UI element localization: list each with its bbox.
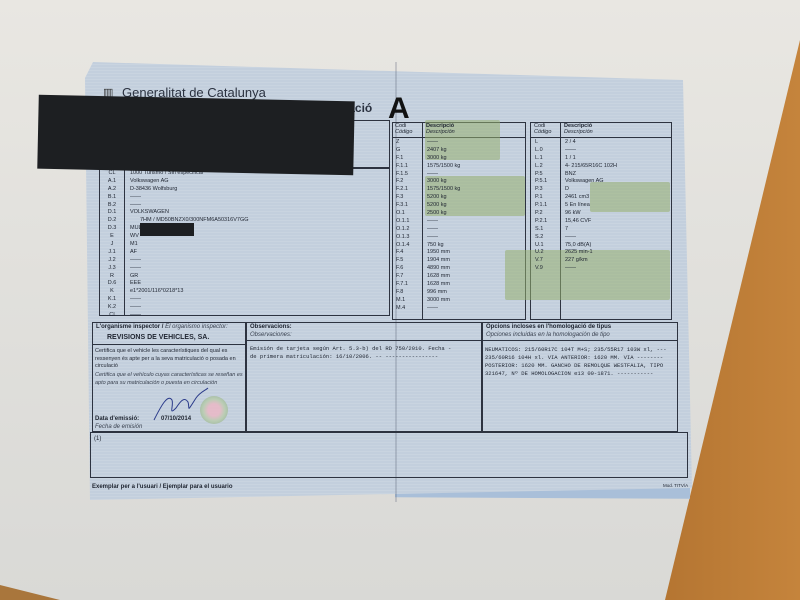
- value-cell: M1: [130, 241, 249, 249]
- code-cell: F.2: [396, 178, 409, 186]
- code-cell: O.1.2: [396, 226, 409, 234]
- value-cell: 3000 kg: [427, 155, 460, 163]
- left-codes: CL A.1 A.2 B.1 B.2 D.1 D.2 D.3 E J J.1 J…: [102, 170, 122, 320]
- inspector-name: REVISIONS DE VEHICLES, SA.: [107, 334, 209, 341]
- value-cell: ——: [427, 218, 460, 226]
- value-cell: 996 mm: [427, 289, 460, 297]
- code-cell: F.1.5: [396, 171, 409, 179]
- redaction-bar: [140, 223, 194, 236]
- value-cell: D-38436 Wolfsburg: [130, 186, 249, 194]
- value-cell: 227 g/km: [565, 257, 617, 265]
- value-cell: 3000 kg: [427, 178, 460, 186]
- value-cell: ——: [565, 234, 617, 242]
- value-cell: ——: [130, 194, 249, 202]
- value-cell: 1575/1500 kg: [427, 186, 460, 194]
- right-values: 2 / 4 —— 1 / 1 4- 215/65R16C 102H BNZ Vo…: [565, 139, 617, 273]
- code-cell: F.4: [396, 249, 409, 257]
- code-cell: F.1: [396, 155, 409, 163]
- value-cell: 5 En línea: [565, 202, 617, 210]
- code-cell: P.5.1: [535, 178, 547, 186]
- observations-label-es: Observaciones:: [250, 332, 292, 339]
- code-cell: F.3.1: [396, 202, 409, 210]
- code-cell: P.2: [535, 210, 547, 218]
- value-cell: ——: [130, 296, 249, 304]
- code-cell: P.1: [535, 194, 547, 202]
- value-cell: D: [565, 186, 617, 194]
- value-cell: ——: [427, 305, 460, 313]
- notes-box: [90, 432, 688, 478]
- desc-header-es: Descripción: [426, 129, 455, 135]
- observations-line: Emisión de tarjeta según Art. 5.3-b) del…: [250, 345, 451, 353]
- middle-values: —— 2407 kg 3000 kg 1575/1500 kg —— 3000 …: [427, 139, 460, 313]
- code-cell: L: [535, 139, 547, 147]
- value-cell: 1950 mm: [427, 249, 460, 257]
- value-cell: ——: [130, 257, 249, 265]
- code-cell: M.4: [396, 305, 409, 313]
- options-line: 235/60R16 104H xl. VIA ANTERIOR: 1620 MM…: [485, 354, 663, 362]
- value-cell: 2500 kg: [427, 210, 460, 218]
- value-cell: ——: [130, 312, 249, 320]
- value-cell: ——: [427, 226, 460, 234]
- code-cell: J.2: [102, 257, 122, 265]
- value-cell: Volkswagen AG: [565, 178, 617, 186]
- value-cell: 4890 mm: [427, 265, 460, 273]
- code-cell: K.1: [102, 296, 122, 304]
- code-cell: O.1.3: [396, 234, 409, 242]
- code-cell: D.3: [102, 225, 122, 233]
- value-cell: 2625 min-1: [565, 249, 617, 257]
- value-cell: 1904 mm: [427, 257, 460, 265]
- code-cell: F.5: [396, 257, 409, 265]
- options-label-es: Opciones incluidas en la homologación de…: [486, 332, 610, 339]
- code-header-es: Código: [395, 129, 412, 135]
- code-cell: P.5: [535, 171, 547, 179]
- code-cell: E: [102, 233, 122, 241]
- code-cell: J: [102, 241, 122, 249]
- observations-label: Observacions:: [250, 324, 292, 331]
- code-cell: G: [396, 147, 409, 155]
- code-cell: V.9: [535, 265, 547, 273]
- right-codes: L L.0 L.1 L.2 P.5 P.5.1 P.3 P.1 P.1.1 P.…: [535, 139, 547, 273]
- options-line: NEUMATICOS: 215/60R17C 104T M+S; 235/55R…: [485, 346, 667, 354]
- code-cell: B.1: [102, 194, 122, 202]
- value-cell: 15,46 CVF: [565, 218, 617, 226]
- value-cell: ——: [427, 171, 460, 179]
- issue-date-label-es: Fecha de emisión: [95, 424, 142, 431]
- code-cell: O.1: [396, 210, 409, 218]
- certification-ca: Certifica que el vehicle les característ…: [95, 348, 243, 371]
- code-cell: V.7: [535, 257, 547, 265]
- code-cell: A.2: [102, 186, 122, 194]
- value-cell: 96 kW: [565, 210, 617, 218]
- code-cell: R: [102, 273, 122, 281]
- value-cell: BNZ: [565, 171, 617, 179]
- value-cell: ——: [130, 304, 249, 312]
- options-line: POSTERIOR: 1620 MM. GANCHO DE REMOLQUE W…: [485, 362, 663, 370]
- value-cell: 75,0 dB(A): [565, 242, 617, 250]
- note-marker: (1): [94, 436, 101, 443]
- value-cell: 2 / 4: [565, 139, 617, 147]
- code-cell: A.1: [102, 178, 122, 186]
- code-cell: D.6: [102, 280, 122, 288]
- code-cell: M.1: [396, 297, 409, 305]
- left-values: 1000 Turismo / Sin especificar Volkswage…: [130, 170, 249, 320]
- issue-date-label: Data d'emissió:: [95, 416, 139, 423]
- value-cell: VOLKSWAGEN: [130, 209, 249, 217]
- code-cell: P.2.1: [535, 218, 547, 226]
- inspector-label-es: El organismo inspector:: [165, 324, 228, 330]
- value-cell: e1*2001/116*0218*13: [130, 288, 249, 296]
- code-cell: S.2: [535, 234, 547, 242]
- code-cell: F.7: [396, 273, 409, 281]
- value-cell: Volkswagen AG: [130, 178, 249, 186]
- model-code: Mod. TITV/A: [663, 482, 688, 489]
- copy-label: Exemplar per a l'usuari / Ejemplar para …: [92, 484, 232, 491]
- value-cell: 750 kg: [427, 242, 460, 250]
- options-line: 321647, Nº DE HOMOLOGACION e13 00-1871. …: [485, 370, 653, 378]
- code-cell: Z: [396, 139, 409, 147]
- code-header-es: Código: [534, 129, 551, 135]
- official-seal-icon: [200, 396, 228, 424]
- code-cell: J.1: [102, 249, 122, 257]
- value-cell: EEE: [130, 280, 249, 288]
- value-cell: 3000 mm: [427, 297, 460, 305]
- value-cell: 4- 215/65R16C 102H: [565, 163, 617, 171]
- value-cell: 2407 kg: [427, 147, 460, 155]
- code-cell: K.2: [102, 304, 122, 312]
- code-cell: U.2: [535, 249, 547, 257]
- value-cell: 1628 mm: [427, 281, 460, 289]
- code-cell: L.2: [535, 163, 547, 171]
- value-cell: ——: [130, 202, 249, 210]
- value-cell: 5200 kg: [427, 202, 460, 210]
- value-cell: 2461 cm3: [565, 194, 617, 202]
- value-cell: ——: [427, 234, 460, 242]
- code-cell: L.1: [535, 155, 547, 163]
- code-cell: CI: [102, 312, 122, 320]
- value-cell: GR: [130, 273, 249, 281]
- code-cell: S.1: [535, 226, 547, 234]
- code-cell: K: [102, 288, 122, 296]
- value-cell: ——: [565, 147, 617, 155]
- document-letter: A: [388, 94, 410, 124]
- code-cell: L.0: [535, 147, 547, 155]
- value-cell: 5200 kg: [427, 194, 460, 202]
- code-cell: F.2.1: [396, 186, 409, 194]
- code-cell: O.1.4: [396, 242, 409, 250]
- code-cell: J.3: [102, 265, 122, 273]
- code-cell: F.6: [396, 265, 409, 273]
- code-cell: CL: [102, 170, 122, 178]
- value-cell: 1 / 1: [565, 155, 617, 163]
- desc-header-es: Descripción: [564, 129, 593, 135]
- value-cell: ——: [427, 139, 460, 147]
- code-cell: P.3: [535, 186, 547, 194]
- middle-codes: Z G F.1 F.1.1 F.1.5 F.2 F.2.1 F.3 F.3.1 …: [396, 139, 409, 313]
- value-cell: 1575/1500 kg: [427, 163, 460, 171]
- redaction-bar: [37, 95, 354, 176]
- code-cell: D.1: [102, 209, 122, 217]
- value-cell: 7: [565, 226, 617, 234]
- code-cell: D.2: [102, 217, 122, 225]
- value-cell: ——: [130, 265, 249, 273]
- code-cell: F.8: [396, 289, 409, 297]
- inspector-label-ca: L'organisme inspector /: [96, 324, 163, 330]
- observations-line: de primera matriculación: 16/10/2006. --…: [250, 353, 438, 361]
- options-label: Opcions incloses en l'homologació de tip…: [486, 324, 611, 331]
- value-cell: ——: [565, 265, 617, 273]
- code-cell: F.7.1: [396, 281, 409, 289]
- code-cell: F.3: [396, 194, 409, 202]
- code-cell: O.1.1: [396, 218, 409, 226]
- code-cell: P.1.1: [535, 202, 547, 210]
- value-cell: 1628 mm: [427, 273, 460, 281]
- value-cell: AF: [130, 249, 249, 257]
- code-cell: U.1: [535, 242, 547, 250]
- code-cell: F.1.1: [396, 163, 409, 171]
- code-cell: B.2: [102, 202, 122, 210]
